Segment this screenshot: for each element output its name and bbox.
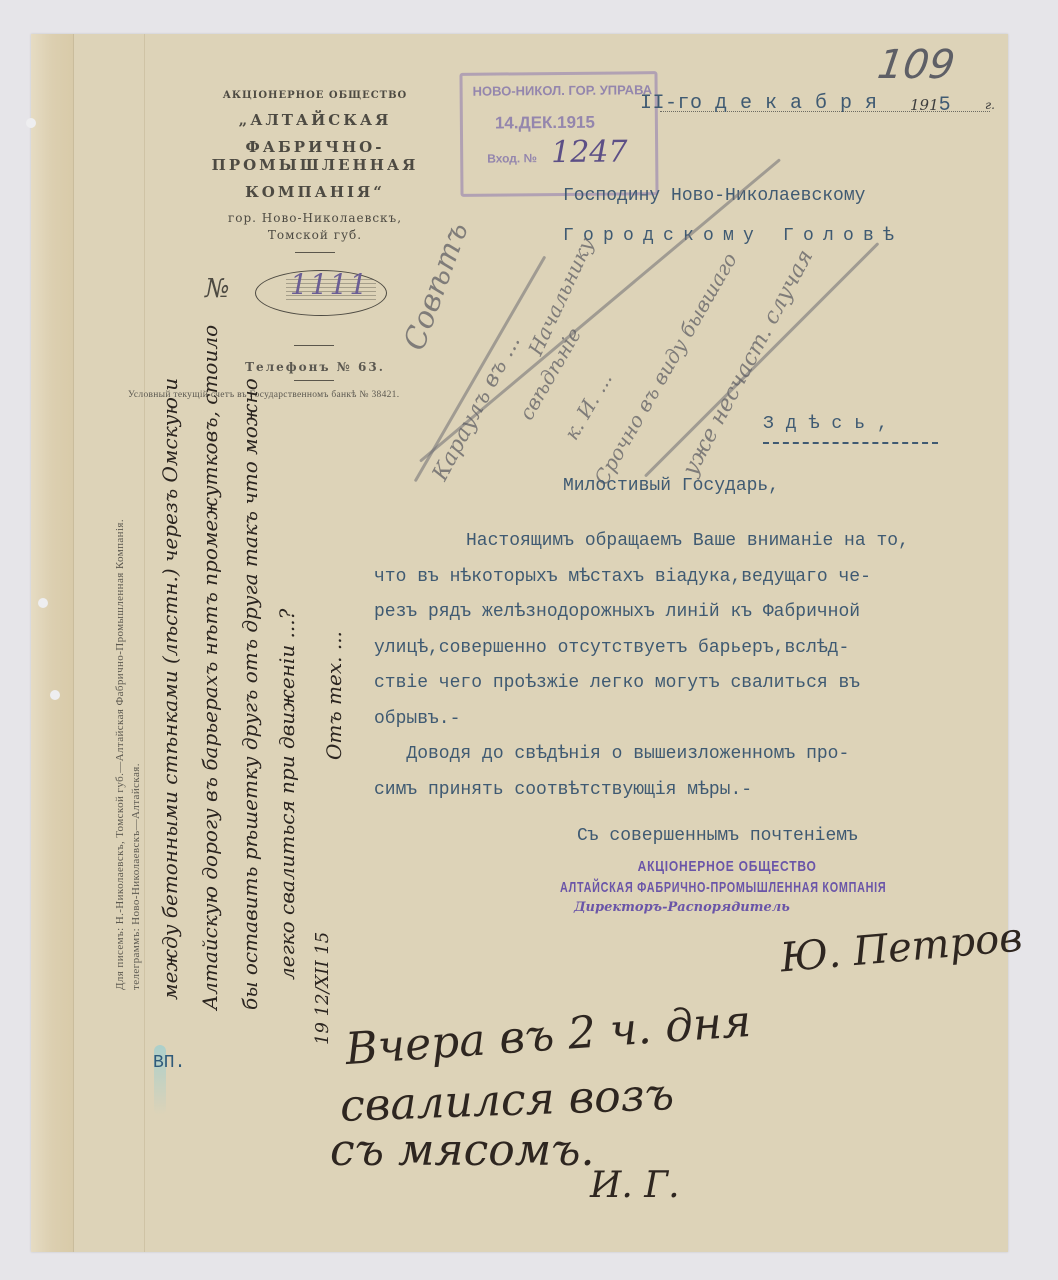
body-line: Настоящимъ обращаемъ Ваше вниманiе на то… [466,524,986,560]
letterhead-city: гор. Ново-Николаевскъ, [150,210,480,227]
margin-handwriting-line: между бетонными стѣнками (лѣстн.) черезъ… [158,378,182,1000]
margin-print-line: телеграммъ: Ново-Николаевскъ—Алтайская. [130,763,142,990]
received-stamp: НОВО-НИКОЛ. ГОР. УПРАВА 14.ДЕК.1915 Вход… [459,71,658,197]
year-prefix: 191 [910,96,939,114]
binding-edge [73,34,74,1252]
closing: Съ совершеннымъ почтенiемъ [577,826,858,846]
body-line: симъ принять соотвѣтствующiя мѣры.- [374,773,986,809]
year-suffix-g: г. [985,98,995,112]
addressee-location: Здѣсь, [763,414,900,434]
typist-mark: ВП. [153,1053,185,1073]
body-line: улицѣ,совершенно отсутствуетъ барьеръ,вс… [374,631,986,667]
margin-handwriting-signature: Отъ тех. ... [322,631,346,760]
margin-handwriting-line: легко свалиться при движенiи ...? [275,609,299,980]
letter-year: 1915 [910,94,951,117]
margin-print-line: Для писемъ: Н.-Николаевскъ, Томской губ.… [114,519,126,990]
outgoing-number: 1111 [290,268,369,301]
margin-handwriting-line: Алтайскую дорогу въ барьерахъ нѣтъ проме… [198,325,222,1010]
body-line: ствiе чего проѣзжiе легко могутъ свалить… [374,666,986,702]
company-stamp-line: АКЦIОНЕРНОЕ ОБЩЕСТВО [560,858,880,875]
letter-date: II-го д е к а б р я [640,92,878,115]
body-line: резъ рядъ желѣзнодорожныхъ линiй къ Фабр… [374,595,986,631]
punch-hole [38,598,48,608]
letterhead: АКЦIОНЕРНОЕ ОБЩЕСТВО „АЛТАЙСКАЯ ФАБРИЧНО… [150,90,480,261]
handwritten-initials: И. Г. [590,1165,680,1206]
stamp-incoming-label: Вход. № [487,151,537,165]
punch-hole [50,690,60,700]
stamp-date: 14.ДЕК.1915 [495,113,595,134]
company-stamp-title: Директоръ-Распорядитель [560,900,960,915]
divider [294,345,334,346]
number-sign: № [205,274,230,304]
fold-crease [144,34,145,1252]
body-line: Доводя до свѣдѣнiя о вышеизложенномъ про… [374,737,986,773]
stamp-incoming-number: 1247 [551,134,628,170]
dashed-underline [763,442,938,444]
company-stamp-line: АЛТАЙСКАЯ ФАБРИЧНО-ПРОМЫШЛЕННАЯ КОМПАНIЯ [560,879,848,896]
binding-strip [31,34,73,1252]
addressee-line2: Городскому Головѣ [563,226,903,246]
margin-handwriting-line: бы оставить рѣшетку другъ отъ друга такъ… [238,378,262,1010]
salutation: Милостивый Государь, [563,476,779,496]
margin-handwriting-date: 19 12/XII 15 [312,932,333,1045]
divider [294,380,334,381]
letterhead-line: „АЛТАЙСКАЯ [150,111,480,129]
archive-page-number: 109 [875,42,958,88]
body-line: что въ нѣкоторыхъ мѣстахъ вiадука,ведуща… [374,560,986,596]
letterhead-line: КОМПАНIЯ“ [150,183,480,201]
letter-body: Настоящимъ обращаемъ Ваше вниманiе на то… [466,524,986,808]
divider [295,252,335,253]
year-suffix: 5 [939,94,951,117]
addressee-line1: Господину Ново-Николаевскому [563,186,865,206]
punch-hole [26,118,36,128]
company-stamp: АКЦIОНЕРНОЕ ОБЩЕСТВО АЛТАЙСКАЯ ФАБРИЧНО-… [560,858,960,915]
letterhead-line: АКЦIОНЕРНОЕ ОБЩЕСТВО [150,90,480,101]
letterhead-line: ФАБРИЧНО-ПРОМЫШЛЕННАЯ [150,138,480,174]
handwritten-note-line: съ мясомъ. [330,1125,595,1176]
stamp-title: НОВО-НИКОЛ. ГОР. УПРАВА [473,82,653,99]
letterhead-province: Томской губ. [150,227,480,244]
body-line: обрывъ.- [374,702,986,738]
